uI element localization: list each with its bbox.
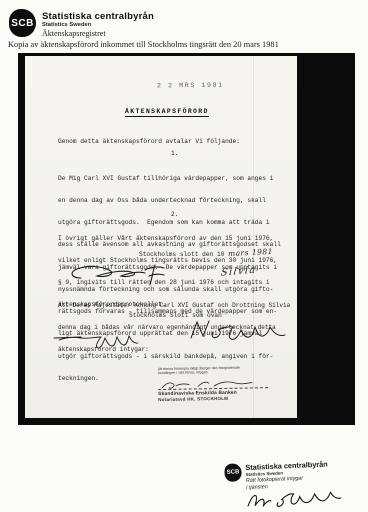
notary-signatures-row (158, 376, 268, 390)
org-name-english: Statistics Sweden (42, 22, 91, 28)
notary-signatures-icon (158, 377, 268, 391)
org-name: Statistiska centralbyrån (42, 11, 154, 22)
footer-official-signature (243, 486, 349, 512)
scb-logo-text: SCB (11, 18, 34, 29)
scb-logo-text: SCB (227, 469, 240, 476)
place-date-typed: Stockholms slott den 10 (139, 251, 224, 258)
paragraph-line: en denna dag av Oss båda undertecknad fö… (58, 197, 281, 204)
scanned-photocopy: 2 2 MRS 1981 ÄKTENSKAPSFÖRORD Genom dett… (18, 53, 355, 425)
footer-org-name: Statistiska centralbyrån (245, 459, 328, 472)
footer-cert-line: Rätt fotokopierat intygar (246, 476, 303, 484)
received-date-stamp: 2 2 MRS 1981 (157, 82, 224, 90)
paragraph-line: I övrigt gäller Vårt äktenskapsförord av… (58, 235, 277, 242)
scb-logo-icon: SCB (9, 9, 36, 37)
copy-description-line: Kopia av äktenskapsförord inkommet till … (8, 40, 279, 49)
signature-carl-gustaf (67, 262, 177, 288)
section-1-number: 1. (171, 150, 178, 157)
notary-stamp: Att denna fotokopia riktigt återger den … (158, 365, 284, 402)
footer-certification-stamp: SCB Statistiska centralbyrån Statistics … (224, 455, 360, 461)
section-2-number: 2. (171, 211, 178, 218)
scb-logo-icon: SCB (224, 463, 242, 482)
intro-line: Genom detta äktenskapsförord avtalar Vi … (58, 138, 240, 145)
bank-department: Notariatavd HK, STOCKHOLM (158, 395, 283, 402)
witness-2-signature-icon (183, 318, 293, 348)
carl-gustaf-signature-icon (67, 262, 177, 288)
footer-signature-icon (243, 486, 349, 512)
witness-1-signature-icon (51, 328, 181, 350)
document-paper: 2 2 MRS 1981 ÄKTENSKAPSFÖRORD Genom dett… (25, 56, 297, 418)
place-and-date-line: Stockholms slott den 10 mars 1981 (139, 250, 273, 258)
register-name: Äktenskapsregistret (42, 29, 106, 38)
page: { "header": { "logo_text": "SCB", "org_n… (0, 0, 368, 512)
paragraph-line: Att Deras Majestäter Konung Carl XVI Gus… (58, 302, 290, 309)
signature-witness-1 (51, 328, 181, 350)
place-date-handwritten: mars 1981 (228, 248, 273, 258)
notary-cert-line: handlingen i vårt förvar, intygas: (158, 369, 283, 376)
document-title: ÄKTENSKAPSFÖRORD (125, 108, 209, 117)
signature-witness-2 (183, 318, 293, 348)
paragraph-line: De Mig Carl XVI Gustaf tillhöriga värdep… (58, 175, 281, 182)
